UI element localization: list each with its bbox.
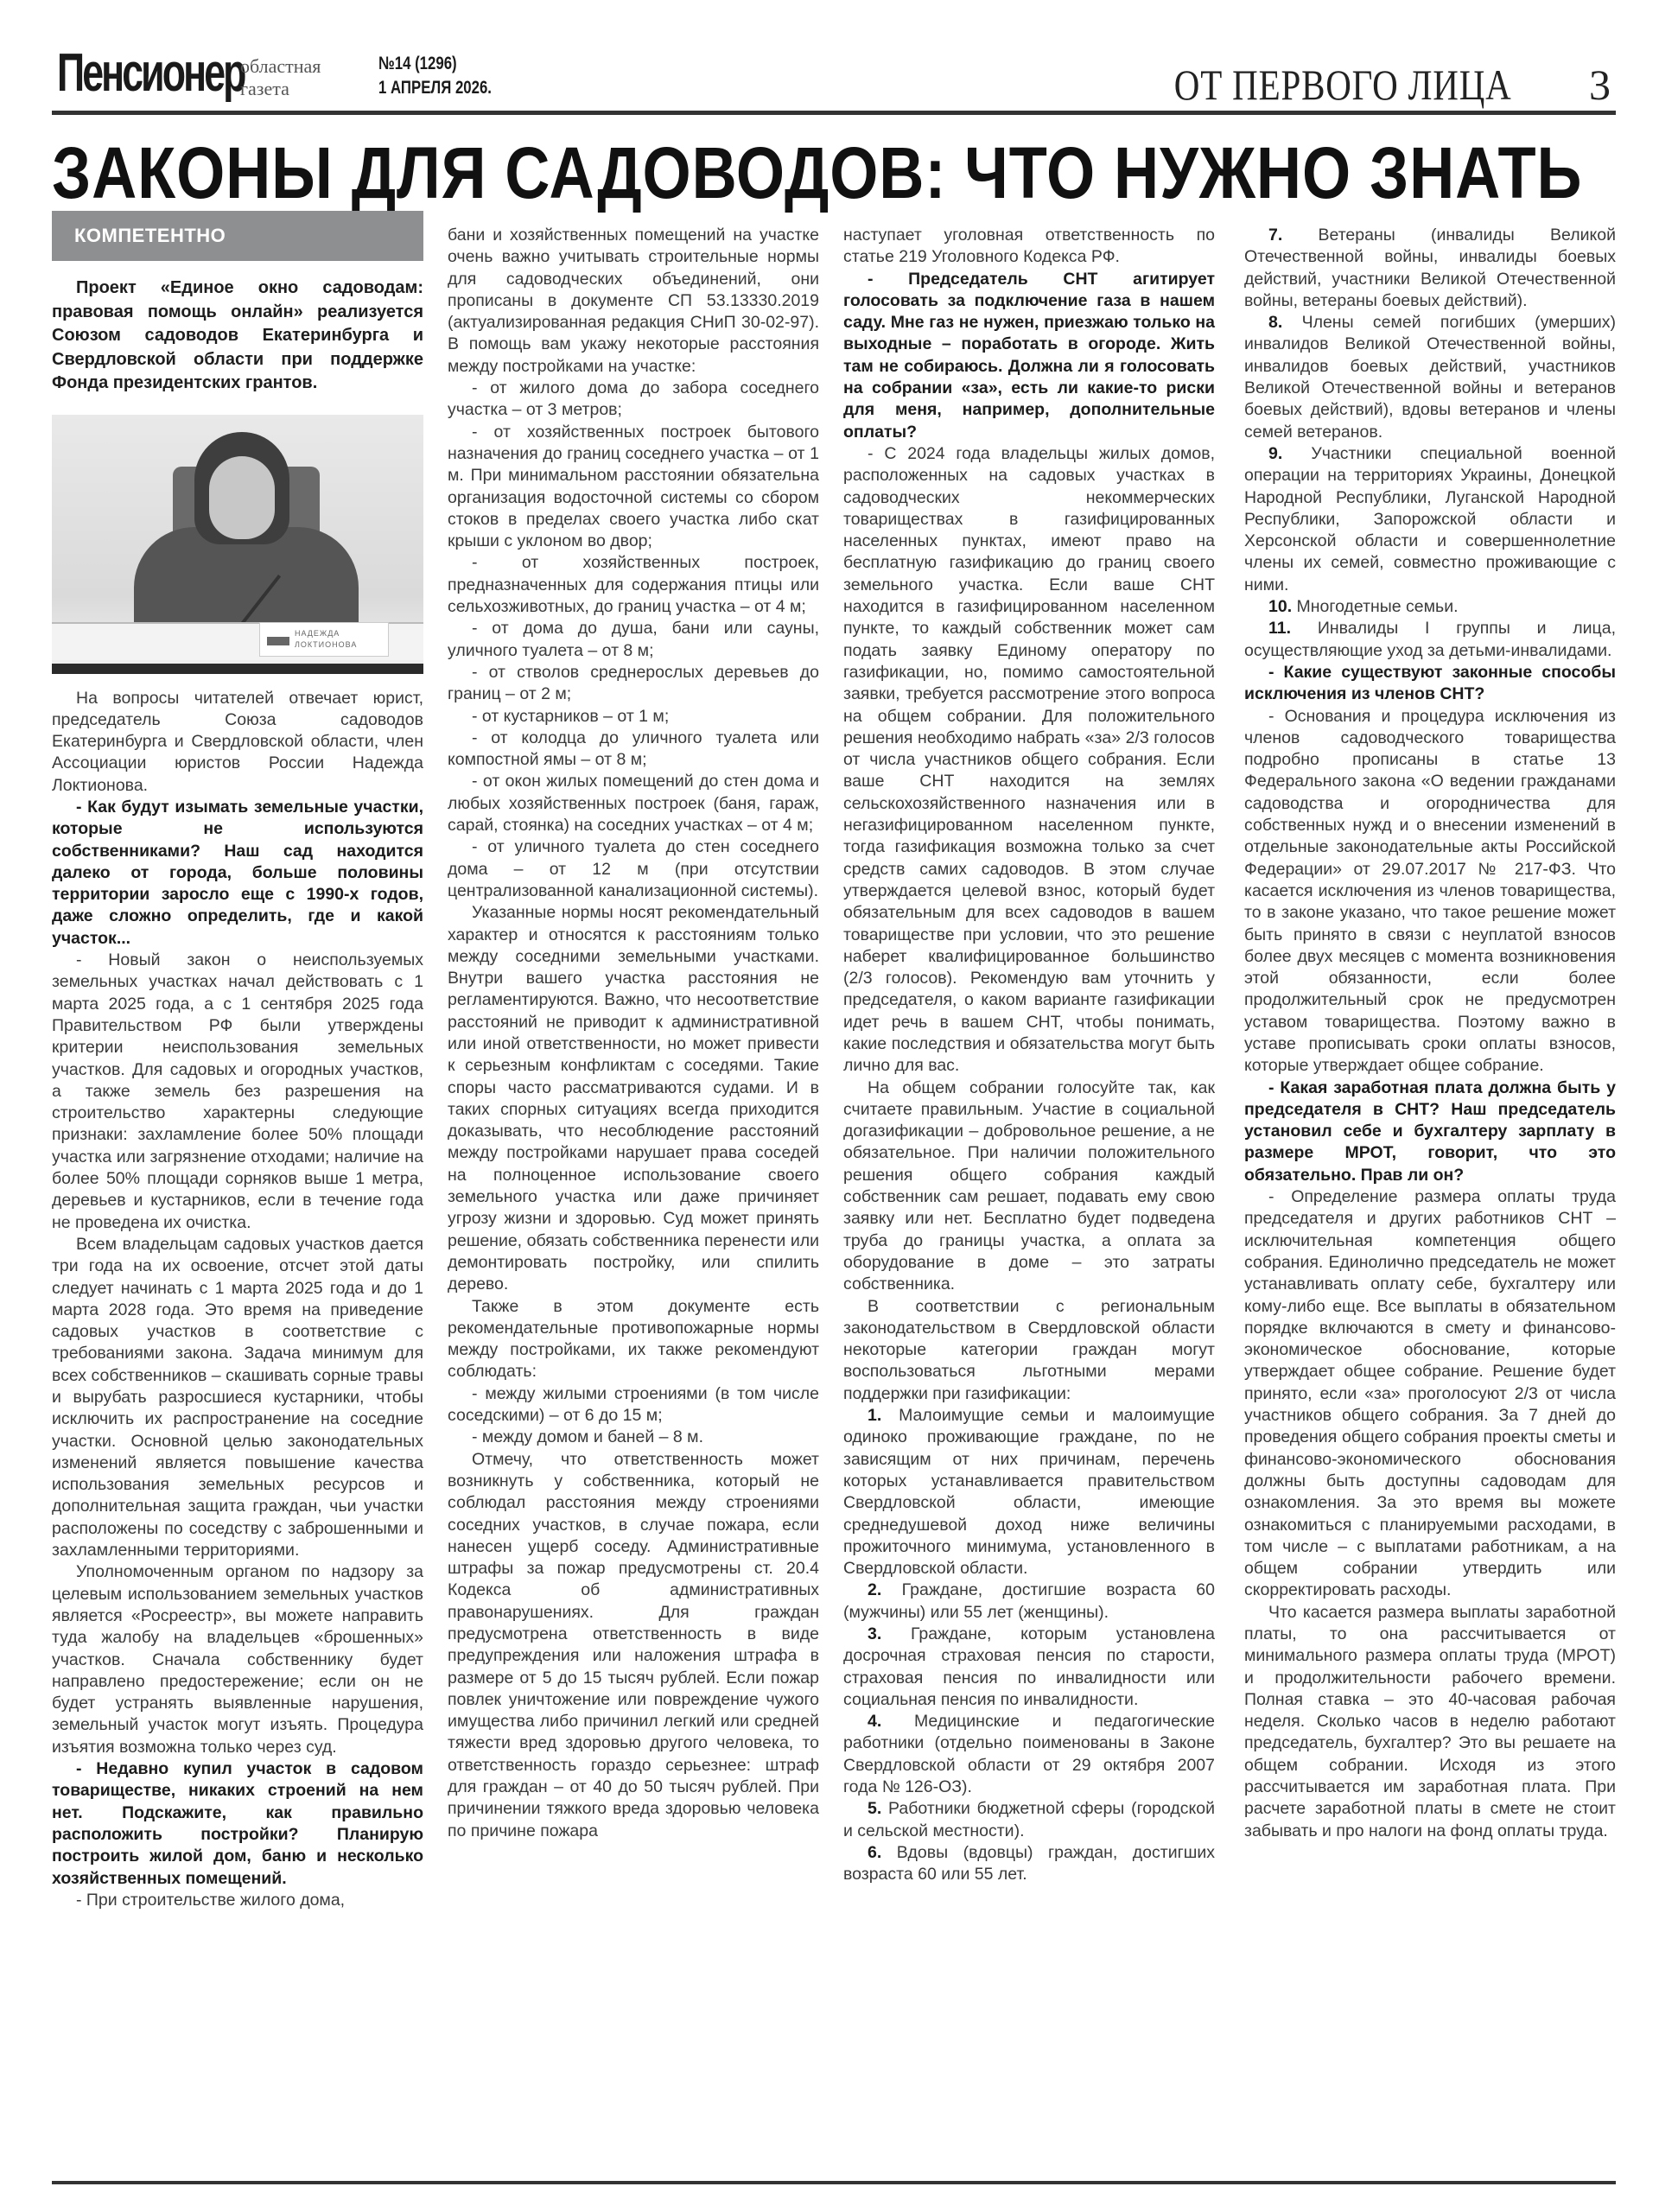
issue-date: 1 АПРЕЛЯ 2026. xyxy=(378,76,492,100)
list-item-number: 10. xyxy=(1268,597,1292,616)
list-item-text: Граждане, достигшие возраста 60 (мужчины… xyxy=(843,1580,1215,1621)
list-item-text: Многодетные семьи. xyxy=(1297,597,1459,616)
list-item: 5. Работники бюджетной сферы (городской … xyxy=(843,1798,1215,1842)
column-2: бани и хозяйственных помещений на участк… xyxy=(448,225,819,1842)
list-item: 1. Малоимущие семьи и малоимущие одиноко… xyxy=(843,1405,1215,1580)
name-plate-line1: НАДЕЖДА xyxy=(295,628,388,639)
answer-paragraph: Также в этом документе есть рекомендател… xyxy=(448,1296,819,1383)
list-item: 2. Граждане, достигшие возраста 60 (мужч… xyxy=(843,1580,1215,1624)
column-2-text: бани и хозяйственных помещений на участк… xyxy=(448,225,819,1842)
list-item: 10. Многодетные семьи. xyxy=(1244,596,1616,618)
list-item-text: Медицинские и педагогические работники (… xyxy=(843,1712,1215,1796)
column-3: наступает уголовная ответственность по с… xyxy=(843,225,1215,1886)
logo-subtitle-line1: областная xyxy=(240,55,321,78)
list-item-number: 1. xyxy=(868,1406,881,1425)
list-item-text: Работники бюджетной сферы (городской и с… xyxy=(843,1799,1215,1840)
answer-paragraph: - Основания и процедура исключения из чл… xyxy=(1244,706,1616,1077)
answer-paragraph: - Новый закон о неиспользуемых земельных… xyxy=(52,950,423,1234)
list-item: 4. Медицинские и педагогические работник… xyxy=(843,1711,1215,1798)
issue-number: №14 (1296) xyxy=(378,52,492,76)
answer-paragraph: Всем владельцам садовых участков дается … xyxy=(52,1234,423,1561)
issue-info: №14 (1296) 1 АПРЕЛЯ 2026. xyxy=(378,52,492,100)
reader-question: - Председатель СНТ агитирует голосовать … xyxy=(843,269,1215,443)
list-item-number: 2. xyxy=(868,1580,881,1599)
list-item-number: 4. xyxy=(868,1712,881,1731)
paragraph-continuation: бани и хозяйственных помещений на участк… xyxy=(448,225,819,378)
photo-table-edge xyxy=(52,664,423,674)
column-3-text: наступает уголовная ответственность по с… xyxy=(843,225,1215,1886)
answer-paragraph: - от дома до душа, бани или сауны, уличн… xyxy=(448,618,819,662)
list-item-text: Вдовы (вдовцы) граждан, достигших возрас… xyxy=(843,1843,1215,1884)
answer-paragraph: - от хозяйственных построек, предназначе… xyxy=(448,552,819,618)
column-4-text: 7. Ветераны (инвалиды Великой Отечествен… xyxy=(1244,225,1616,1842)
logo-subtitle-line2: газета xyxy=(240,78,321,100)
list-item-number: 11. xyxy=(1268,619,1291,638)
photo-person-face xyxy=(209,456,275,539)
reader-question: - Какая заработная плата должна быть у п… xyxy=(1244,1077,1616,1186)
column-1-text: На вопросы читателей отвечает юрист, пре… xyxy=(52,688,423,1912)
list-item-text: Граждане, которым установлена досрочная … xyxy=(843,1624,1215,1709)
answer-paragraph: На общем собрании голосуйте так, как счи… xyxy=(843,1077,1215,1296)
list-item-text: Члены семей погибших (умерших) инвалидов… xyxy=(1244,313,1616,441)
answer-paragraph: Уполномоченным органом по надзору за цел… xyxy=(52,1561,423,1758)
answer-paragraph: Указанные нормы носят рекомендательный х… xyxy=(448,902,819,1295)
column-4: 7. Ветераны (инвалиды Великой Отечествен… xyxy=(1244,225,1616,1842)
portrait-photo: НАДЕЖДА ЛОКТИОНОВА xyxy=(52,415,423,674)
answer-paragraph: В соответствии с региональным законодате… xyxy=(843,1296,1215,1405)
list-item: 8. Члены семей погибших (умерших) инвали… xyxy=(1244,312,1616,443)
list-item: 9. Участники специальной военной операци… xyxy=(1244,443,1616,596)
article-headline: ЗАКОНЫ ДЛЯ САДОВОДОВ: ЧТО НУЖНО ЗНАТЬ xyxy=(52,131,1397,214)
reader-question: - Какие существуют законные способы искл… xyxy=(1244,662,1616,706)
paragraph-continuation: наступает уголовная ответственность по с… xyxy=(843,225,1215,269)
section-title: ОТ ПЕРВОГО ЛИЦА xyxy=(1174,59,1512,111)
column-1: КОМПЕТЕНТНО Проект «Единое окно садовода… xyxy=(52,211,423,1911)
article-body: КОМПЕТЕНТНО Проект «Единое окно садовода… xyxy=(52,211,1616,2198)
answer-paragraph: - от окон жилых помещений до стен дома и… xyxy=(448,771,819,836)
answer-paragraph: Отмечу, что ответственность может возник… xyxy=(448,1449,819,1842)
answer-paragraph: - от уличного туалета до стен соседнего … xyxy=(448,836,819,902)
answer-paragraph: Что касается размера выплаты заработной … xyxy=(1244,1602,1616,1842)
name-plate-logo xyxy=(267,637,289,645)
name-plate-line2: ЛОКТИОНОВА xyxy=(295,639,388,651)
answer-paragraph: - от стволов среднерослых деревьев до гр… xyxy=(448,662,819,706)
list-item-text: Малоимущие семьи и малоимущие одиноко пр… xyxy=(843,1406,1215,1578)
list-item-number: 8. xyxy=(1268,313,1282,332)
answer-paragraph: - от колодца до уличного туалета или ком… xyxy=(448,728,819,772)
list-item: 3. Граждане, которым установлена досрочн… xyxy=(843,1624,1215,1711)
list-item: 11. Инвалиды I группы и лица, осуществля… xyxy=(1244,618,1616,662)
newspaper-logo: Пенсионер xyxy=(57,47,245,100)
answer-paragraph: - С 2024 года владельцы жилых домов, рас… xyxy=(843,443,1215,1077)
article-lead: Проект «Единое окно садоводам: правовая … xyxy=(52,276,423,396)
answer-paragraph: - При строительстве жилого дома, xyxy=(52,1890,423,1911)
list-item-text: Ветераны (инвалиды Великой Отечественной… xyxy=(1244,226,1616,310)
list-item-text: Участники специальной военной операции н… xyxy=(1244,444,1616,594)
reader-question: - Как будут изымать земельные участки, к… xyxy=(52,797,423,950)
list-item-number: 6. xyxy=(868,1843,881,1862)
answer-paragraph: - Определение размера оплаты труда предс… xyxy=(1244,1186,1616,1602)
list-item-number: 7. xyxy=(1268,226,1282,245)
logo-subtitle: областная газета xyxy=(240,55,321,100)
list-item-number: 9. xyxy=(1268,444,1282,463)
list-item-number: 5. xyxy=(868,1799,881,1818)
bottom-divider xyxy=(52,2181,1616,2184)
intro-paragraph: На вопросы читателей отвечает юрист, пре… xyxy=(52,688,423,797)
reader-question: - Недавно купил участок в садовом товари… xyxy=(52,1758,423,1890)
list-item: 6. Вдовы (вдовцы) граждан, достигших воз… xyxy=(843,1842,1215,1886)
list-item-number: 3. xyxy=(868,1624,881,1643)
answer-paragraph: - от хозяйственных построек бытового наз… xyxy=(448,422,819,553)
answer-paragraph: - между жилыми строениями (в том числе с… xyxy=(448,1383,819,1427)
answer-paragraph: - от кустарников – от 1 м; xyxy=(448,706,819,728)
name-plate: НАДЕЖДА ЛОКТИОНОВА xyxy=(259,622,389,657)
masthead-divider xyxy=(52,111,1616,115)
masthead: Пенсионер областная газета №14 (1296) 1 … xyxy=(52,35,1616,112)
list-item-text: Инвалиды I группы и лица, осуществляющие… xyxy=(1244,619,1616,659)
answer-paragraph: - от жилого дома до забора соседнего уча… xyxy=(448,378,819,422)
answer-paragraph: - между домом и баней – 8 м. xyxy=(448,1427,819,1448)
rubric-label: КОМПЕТЕНТНО xyxy=(52,211,423,261)
list-item: 7. Ветераны (инвалиды Великой Отечествен… xyxy=(1244,225,1616,312)
page-number: 3 xyxy=(1589,59,1611,111)
